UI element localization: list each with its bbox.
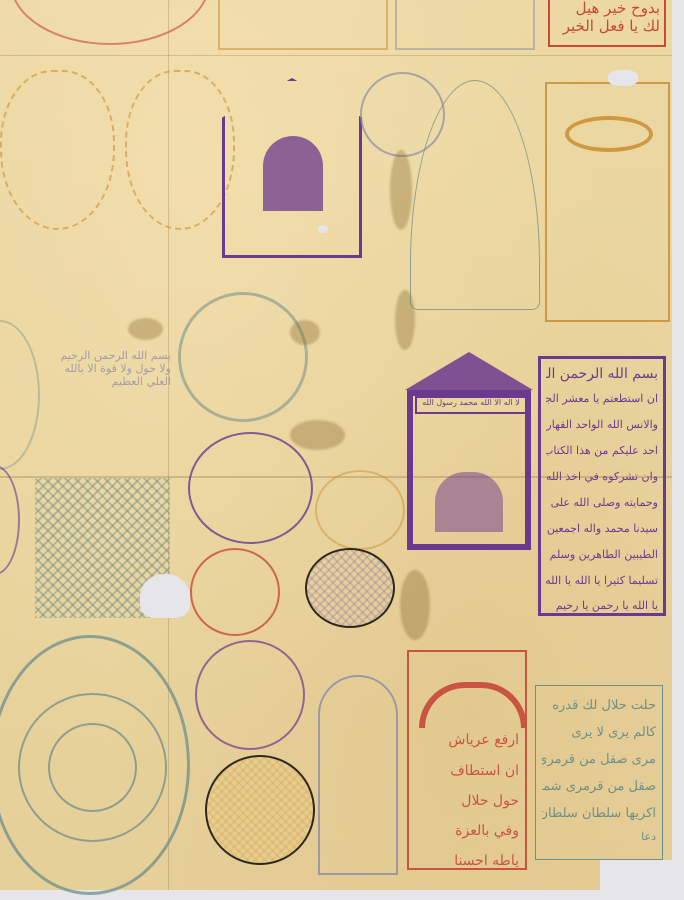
green-seal-center [178, 292, 308, 422]
orange-lattice-seal [205, 755, 315, 865]
green-panel-line-2: كالم يرى لا يرى [542, 719, 656, 746]
purple-star-seal [195, 640, 305, 750]
green-panel-line-6: دعا [542, 827, 656, 847]
stain [290, 420, 345, 450]
red-panel-top-right: بدوح خير هيل لك يا فعل الخير [548, 0, 666, 47]
grey-panel-line-3: العلي العظيم [39, 375, 171, 388]
red-round-seal [190, 548, 280, 636]
hand-of-fatima-right [125, 70, 235, 230]
arch-icon [419, 682, 527, 728]
purple-seal-left-edge [0, 465, 20, 575]
stain [128, 318, 163, 340]
grey-panel-line-2: ولا حول ولا قوة الا بالله [39, 362, 171, 375]
tent-banner: لا اله الا الله محمد رسول الله [415, 396, 527, 414]
red-arch-panel: ارفع عرياش ان استطاف حول حلال وفي بالعزة… [407, 650, 527, 870]
stain [395, 290, 415, 350]
prayer-line-5: وان تشركوه في اخذ الله [546, 464, 658, 490]
red-arch-line-3: حول حلال [415, 786, 519, 816]
purple-prayer-panel: بسم الله الرحمن الرحيم ان استطعتم يا معش… [538, 356, 666, 616]
grey-panel-line-1: بسم الله الرحمن الرحيم [39, 349, 171, 362]
serpent-icon [565, 116, 653, 152]
orange-scorpion-panel [545, 82, 670, 322]
purple-round-seal [188, 432, 313, 544]
right-margin [672, 0, 684, 900]
tent-canopy-icon [405, 352, 533, 390]
grey-text-panel-left: بسم الله الرحمن الرحيم ولا حول ولا قوة ا… [35, 345, 175, 440]
stain [290, 320, 320, 345]
red-panel-line-2: لك يا فعل الخير [554, 17, 660, 35]
red-arch-line-5: ياطه احسنا [415, 846, 519, 876]
prayer-line-8: الطيبين الطاهرين وسلم [546, 542, 658, 568]
hand-of-fatima-left [0, 70, 115, 230]
prayer-line-4: احد عليكم من هذا الكتاب [546, 438, 658, 464]
torn-hole [140, 574, 190, 618]
green-text-panel-bottom-right: حلت حلال لك قدره كالم يرى لا يرى مرى صقل… [535, 685, 663, 860]
grey-tower-inscription [318, 675, 398, 875]
stain [400, 570, 430, 640]
red-seal-top-left [10, 0, 210, 45]
talisman-paper: بدوح خير هيل لك يا فعل الخير بسم الله ال… [0, 0, 672, 890]
orange-panel-top [218, 0, 388, 50]
torn-corner [608, 70, 638, 86]
green-panel-line-5: اكريها سلطان سلطان [542, 800, 656, 827]
red-arch-line-4: وفي بالعزة [415, 816, 519, 846]
prayer-line-3: والانس الله الواحد القهار [546, 412, 658, 438]
prayer-line-9: تسليما كثيرا يا الله يا الله [546, 568, 658, 594]
stain [390, 150, 412, 230]
prayer-line-2: ان استطعتم يا معشر الجن [546, 386, 658, 412]
red-arch-line-1: ارفع عرياش [415, 724, 519, 756]
purple-tent-panel: لا اله الا الله محمد رسول الله [405, 352, 533, 557]
red-panel-line-1: بدوح خير هيل [554, 0, 660, 17]
prayer-line-7: سيدنا محمد واله اجمعين [546, 516, 658, 542]
purple-mosque-panel [222, 78, 362, 258]
purple-lattice-seal [305, 548, 395, 628]
kaaba-icon [435, 472, 503, 532]
dome-icon [263, 136, 323, 211]
fold-line-horizontal-top [0, 55, 672, 56]
green-large-seal [0, 635, 190, 895]
green-panel-line-3: مرى صقل من قرمرى [542, 746, 656, 773]
orange-round-seal [315, 470, 405, 550]
grey-panel-top [395, 0, 535, 50]
prayer-line-1: بسم الله الرحمن الرحيم [546, 362, 658, 386]
green-seal-left-edge [0, 320, 40, 470]
torn-hole-small [318, 225, 328, 233]
red-arch-line-2: ان استطاف [415, 756, 519, 786]
green-panel-line-4: صقل من قرمرى شما [542, 773, 656, 800]
prayer-line-6: وحمايته وصلى الله على [546, 490, 658, 516]
green-panel-line-1: حلت حلال لك قدره [542, 692, 656, 719]
prayer-line-10: يا الله يا رحمن يا رحيم [546, 594, 658, 618]
